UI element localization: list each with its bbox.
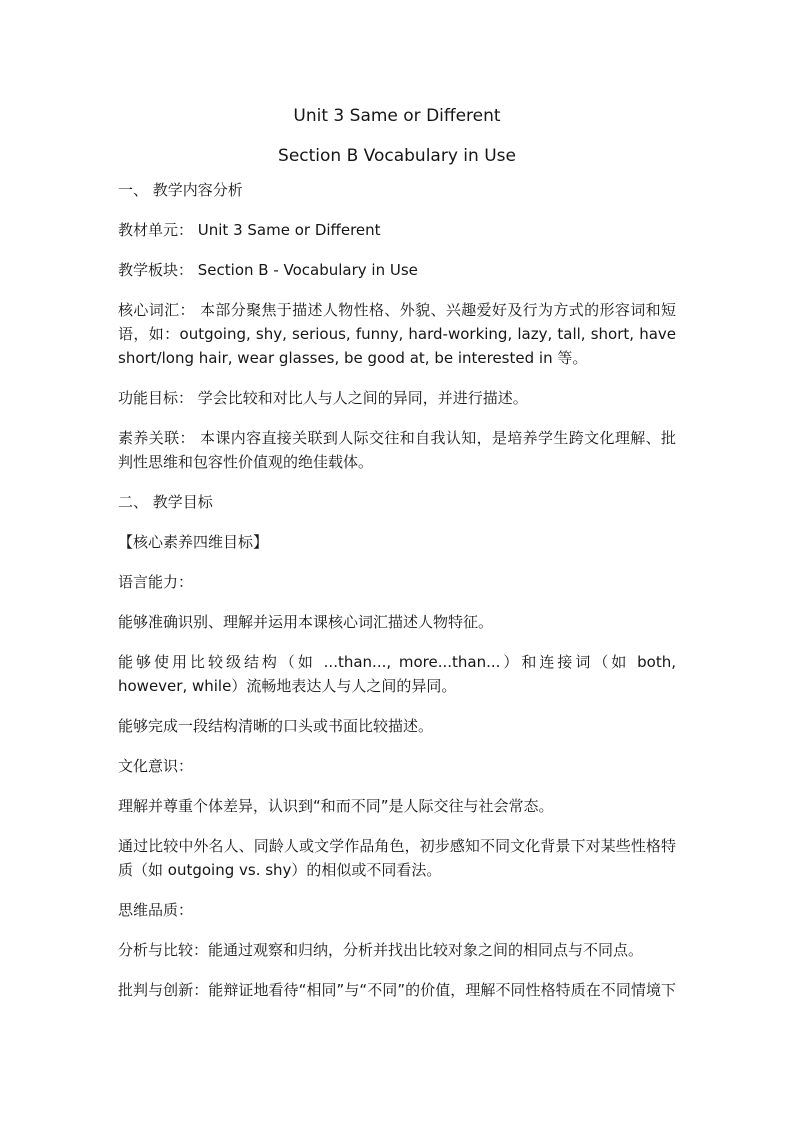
teaching-module-line: 教学板块： Section B - Vocabulary in Use bbox=[118, 258, 676, 282]
competency-link-paragraph: 素养关联： 本课内容直接关联到人际交往和自我认知，是培养学生跨文化理解、批判性思… bbox=[118, 426, 676, 474]
language-goal-comparatives: 能够使用比较级结构（如 ...than..., more...than...）和… bbox=[118, 650, 676, 698]
analysis-comparison-line: 分析与比较：能通过观察和归纳，分析并找出比较对象之间的相同点与不同点。 bbox=[118, 938, 676, 962]
cultural-goal-compare-figures: 通过比较中外名人、同龄人或文学作品角色，初步感知不同文化背景下对某些性格特质（如… bbox=[118, 834, 676, 882]
document-page: Unit 3 Same or Different Section B Vocab… bbox=[0, 0, 794, 1123]
language-goal-vocabulary: 能够准确识别、理解并运用本课核心词汇描述人物特征。 bbox=[118, 610, 676, 634]
functional-goal-line: 功能目标： 学会比较和对比人与人之间的异同，并进行描述。 bbox=[118, 386, 676, 410]
doc-title-unit: Unit 3 Same or Different bbox=[118, 104, 676, 128]
section-1-heading: 一、 教学内容分析 bbox=[118, 178, 676, 202]
language-goal-description: 能够完成一段结构清晰的口头或书面比较描述。 bbox=[118, 714, 676, 738]
language-ability-label: 语言能力： bbox=[118, 570, 676, 594]
cultural-awareness-label: 文化意识： bbox=[118, 754, 676, 778]
thinking-quality-label: 思维品质： bbox=[118, 898, 676, 922]
section-2-heading: 二、 教学目标 bbox=[118, 490, 676, 514]
core-vocabulary-paragraph: 核心词汇： 本部分聚焦于描述人物性格、外貌、兴趣爱好及行为方式的形容词和短语，如… bbox=[118, 298, 676, 370]
textbook-unit-line: 教材单元： Unit 3 Same or Different bbox=[118, 218, 676, 242]
cultural-goal-respect-differences: 理解并尊重个体差异，认识到“和而不同”是人际交往与社会常态。 bbox=[118, 794, 676, 818]
critical-innovation-line-truncated: 批判与创新：能辩证地看待“相同”与“不同”的价值，理解不同性格特质在不同情境下的 bbox=[118, 978, 676, 1002]
doc-title-section: Section B Vocabulary in Use bbox=[118, 144, 676, 168]
four-dimensional-goals-label: 【核心素养四维目标】 bbox=[118, 530, 676, 554]
